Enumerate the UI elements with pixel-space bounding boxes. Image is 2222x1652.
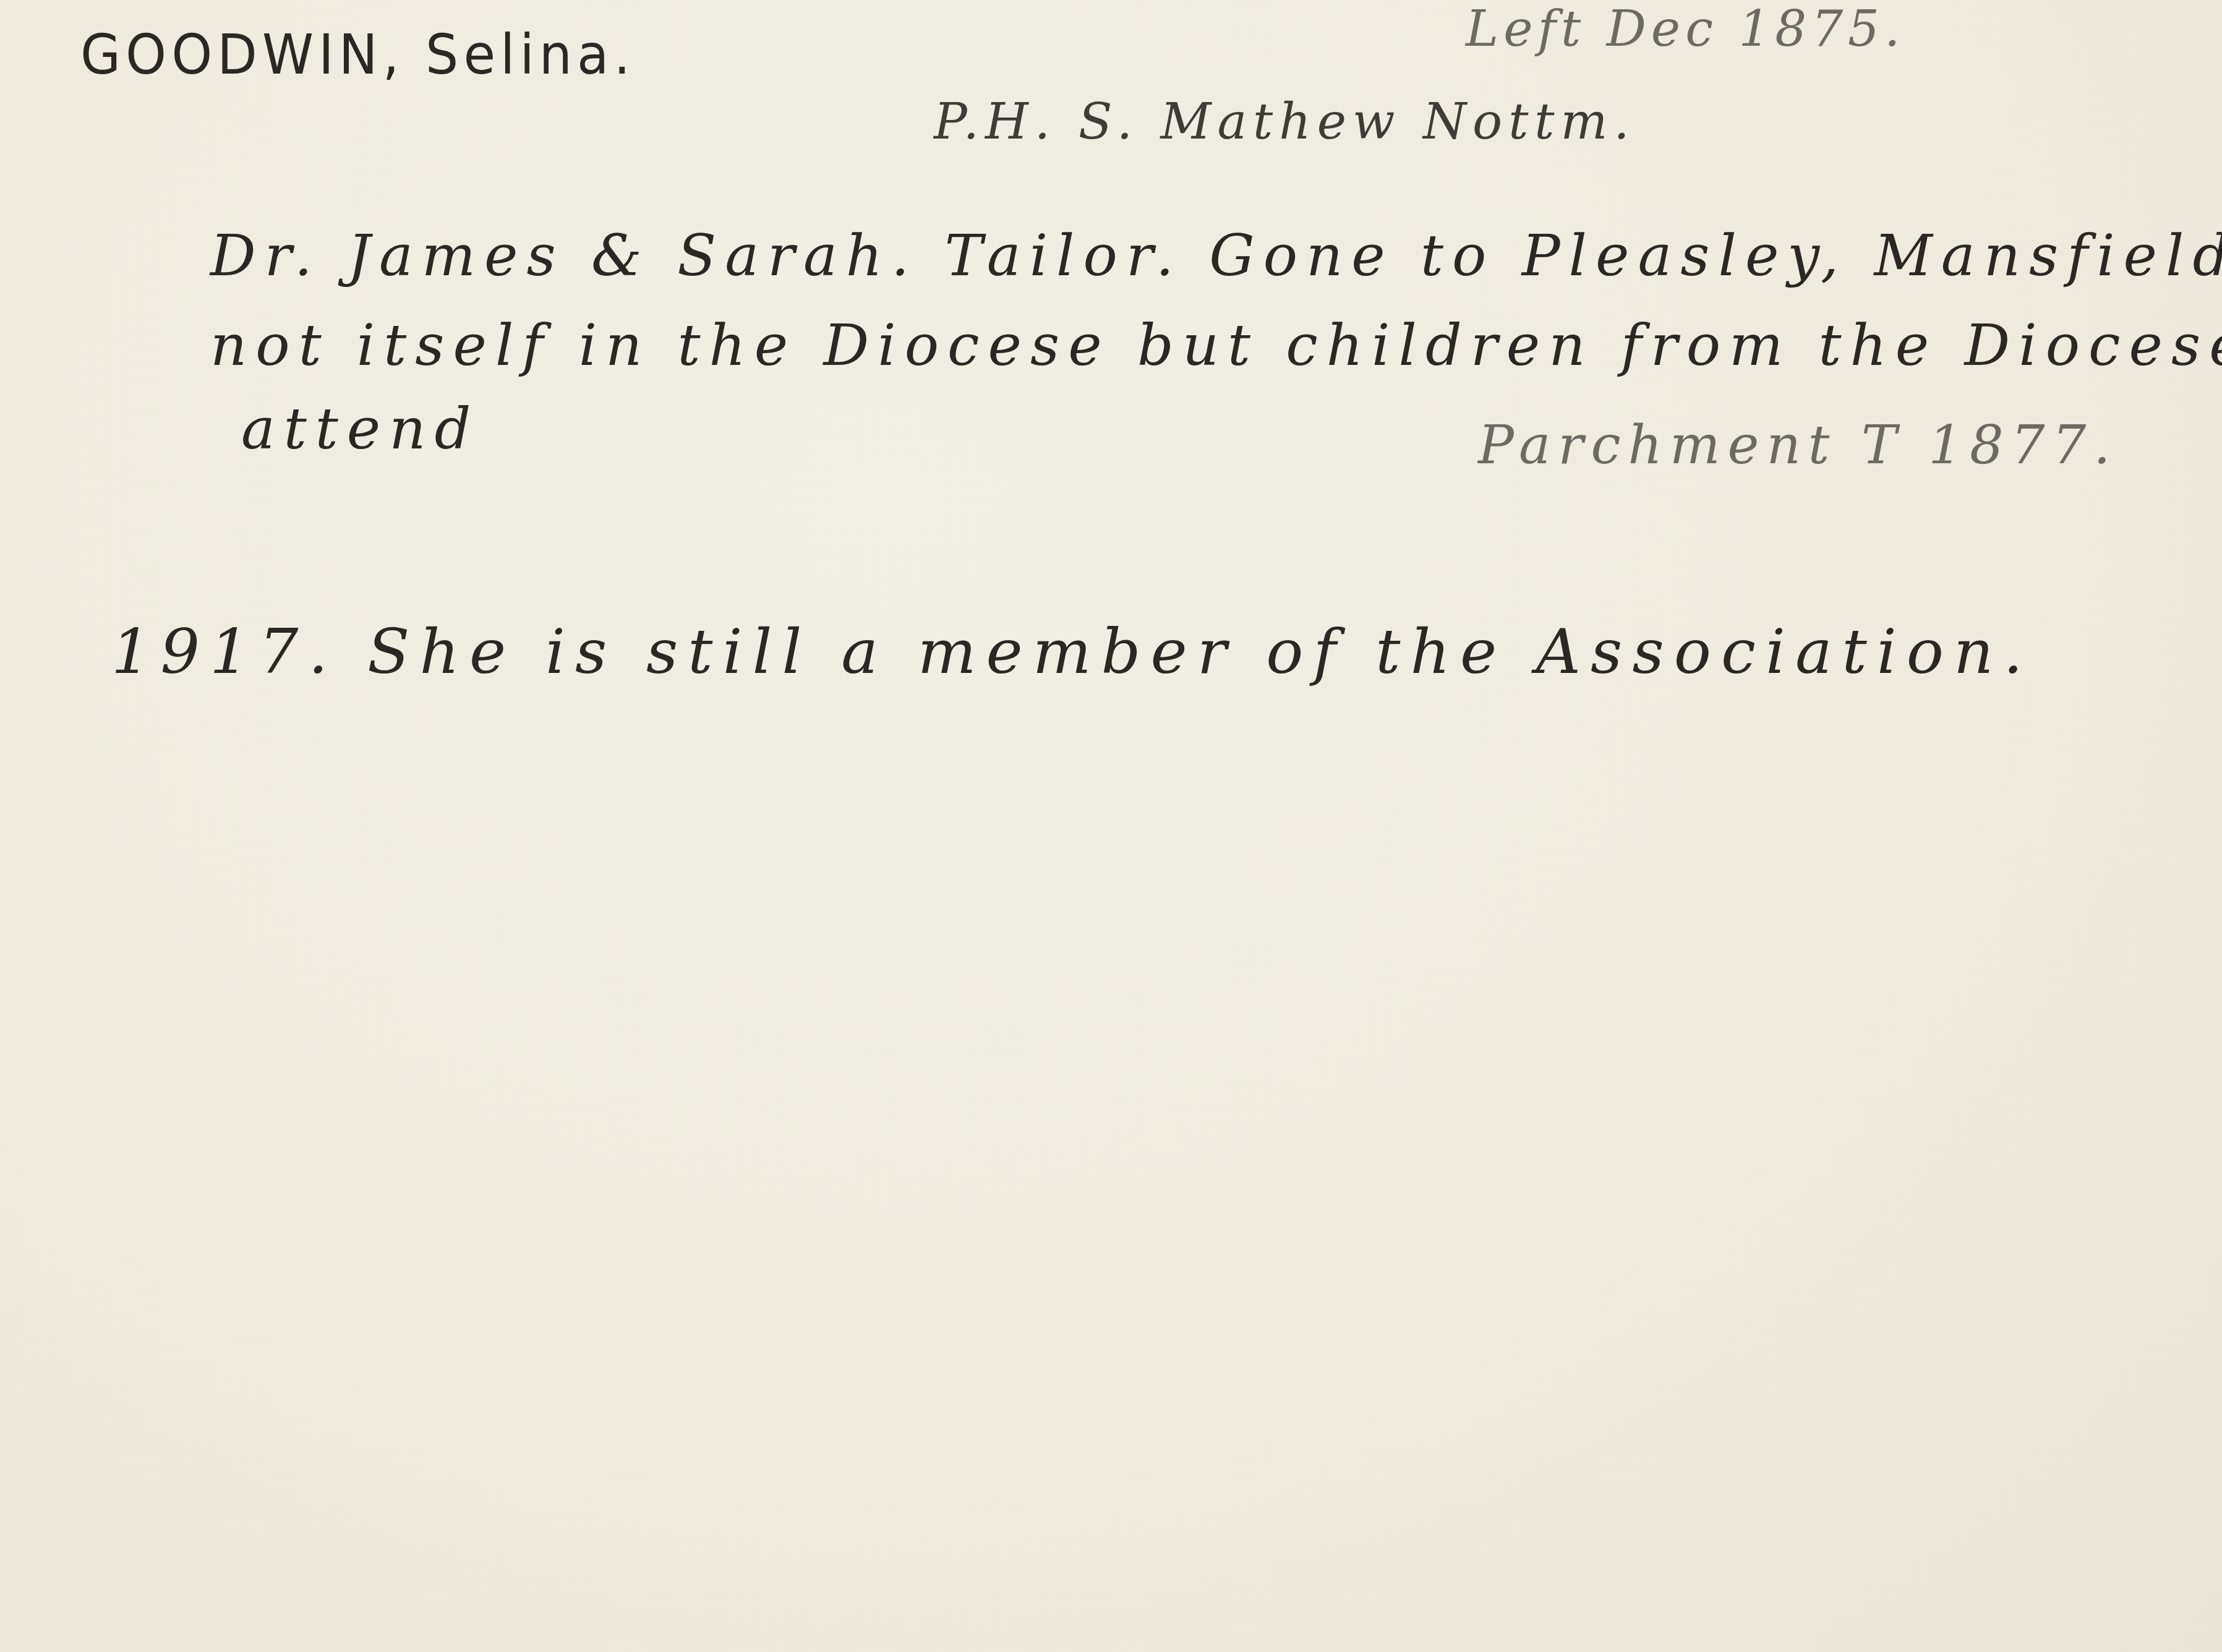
details-line-3: attend <box>241 396 479 462</box>
note-1917: 1917. She is still a member of the Assoc… <box>111 615 2033 688</box>
name-heading: GOODWIN, Selina. <box>80 24 635 87</box>
details-line-2: not itself in the Diocese but children f… <box>210 312 2222 379</box>
details-line-1: Dr. James & Sarah. Tailor. Gone to Pleas… <box>210 223 2222 289</box>
parchment-note: Parchment T 1877. <box>1478 414 2118 476</box>
parish-note: P.H. S. Mathew Nottm. <box>934 93 1636 150</box>
index-card: GOODWIN, Selina. Left Dec 1875. P.H. S. … <box>0 0 2222 1652</box>
left-date-note: Left Dec 1875. <box>1466 0 1905 58</box>
